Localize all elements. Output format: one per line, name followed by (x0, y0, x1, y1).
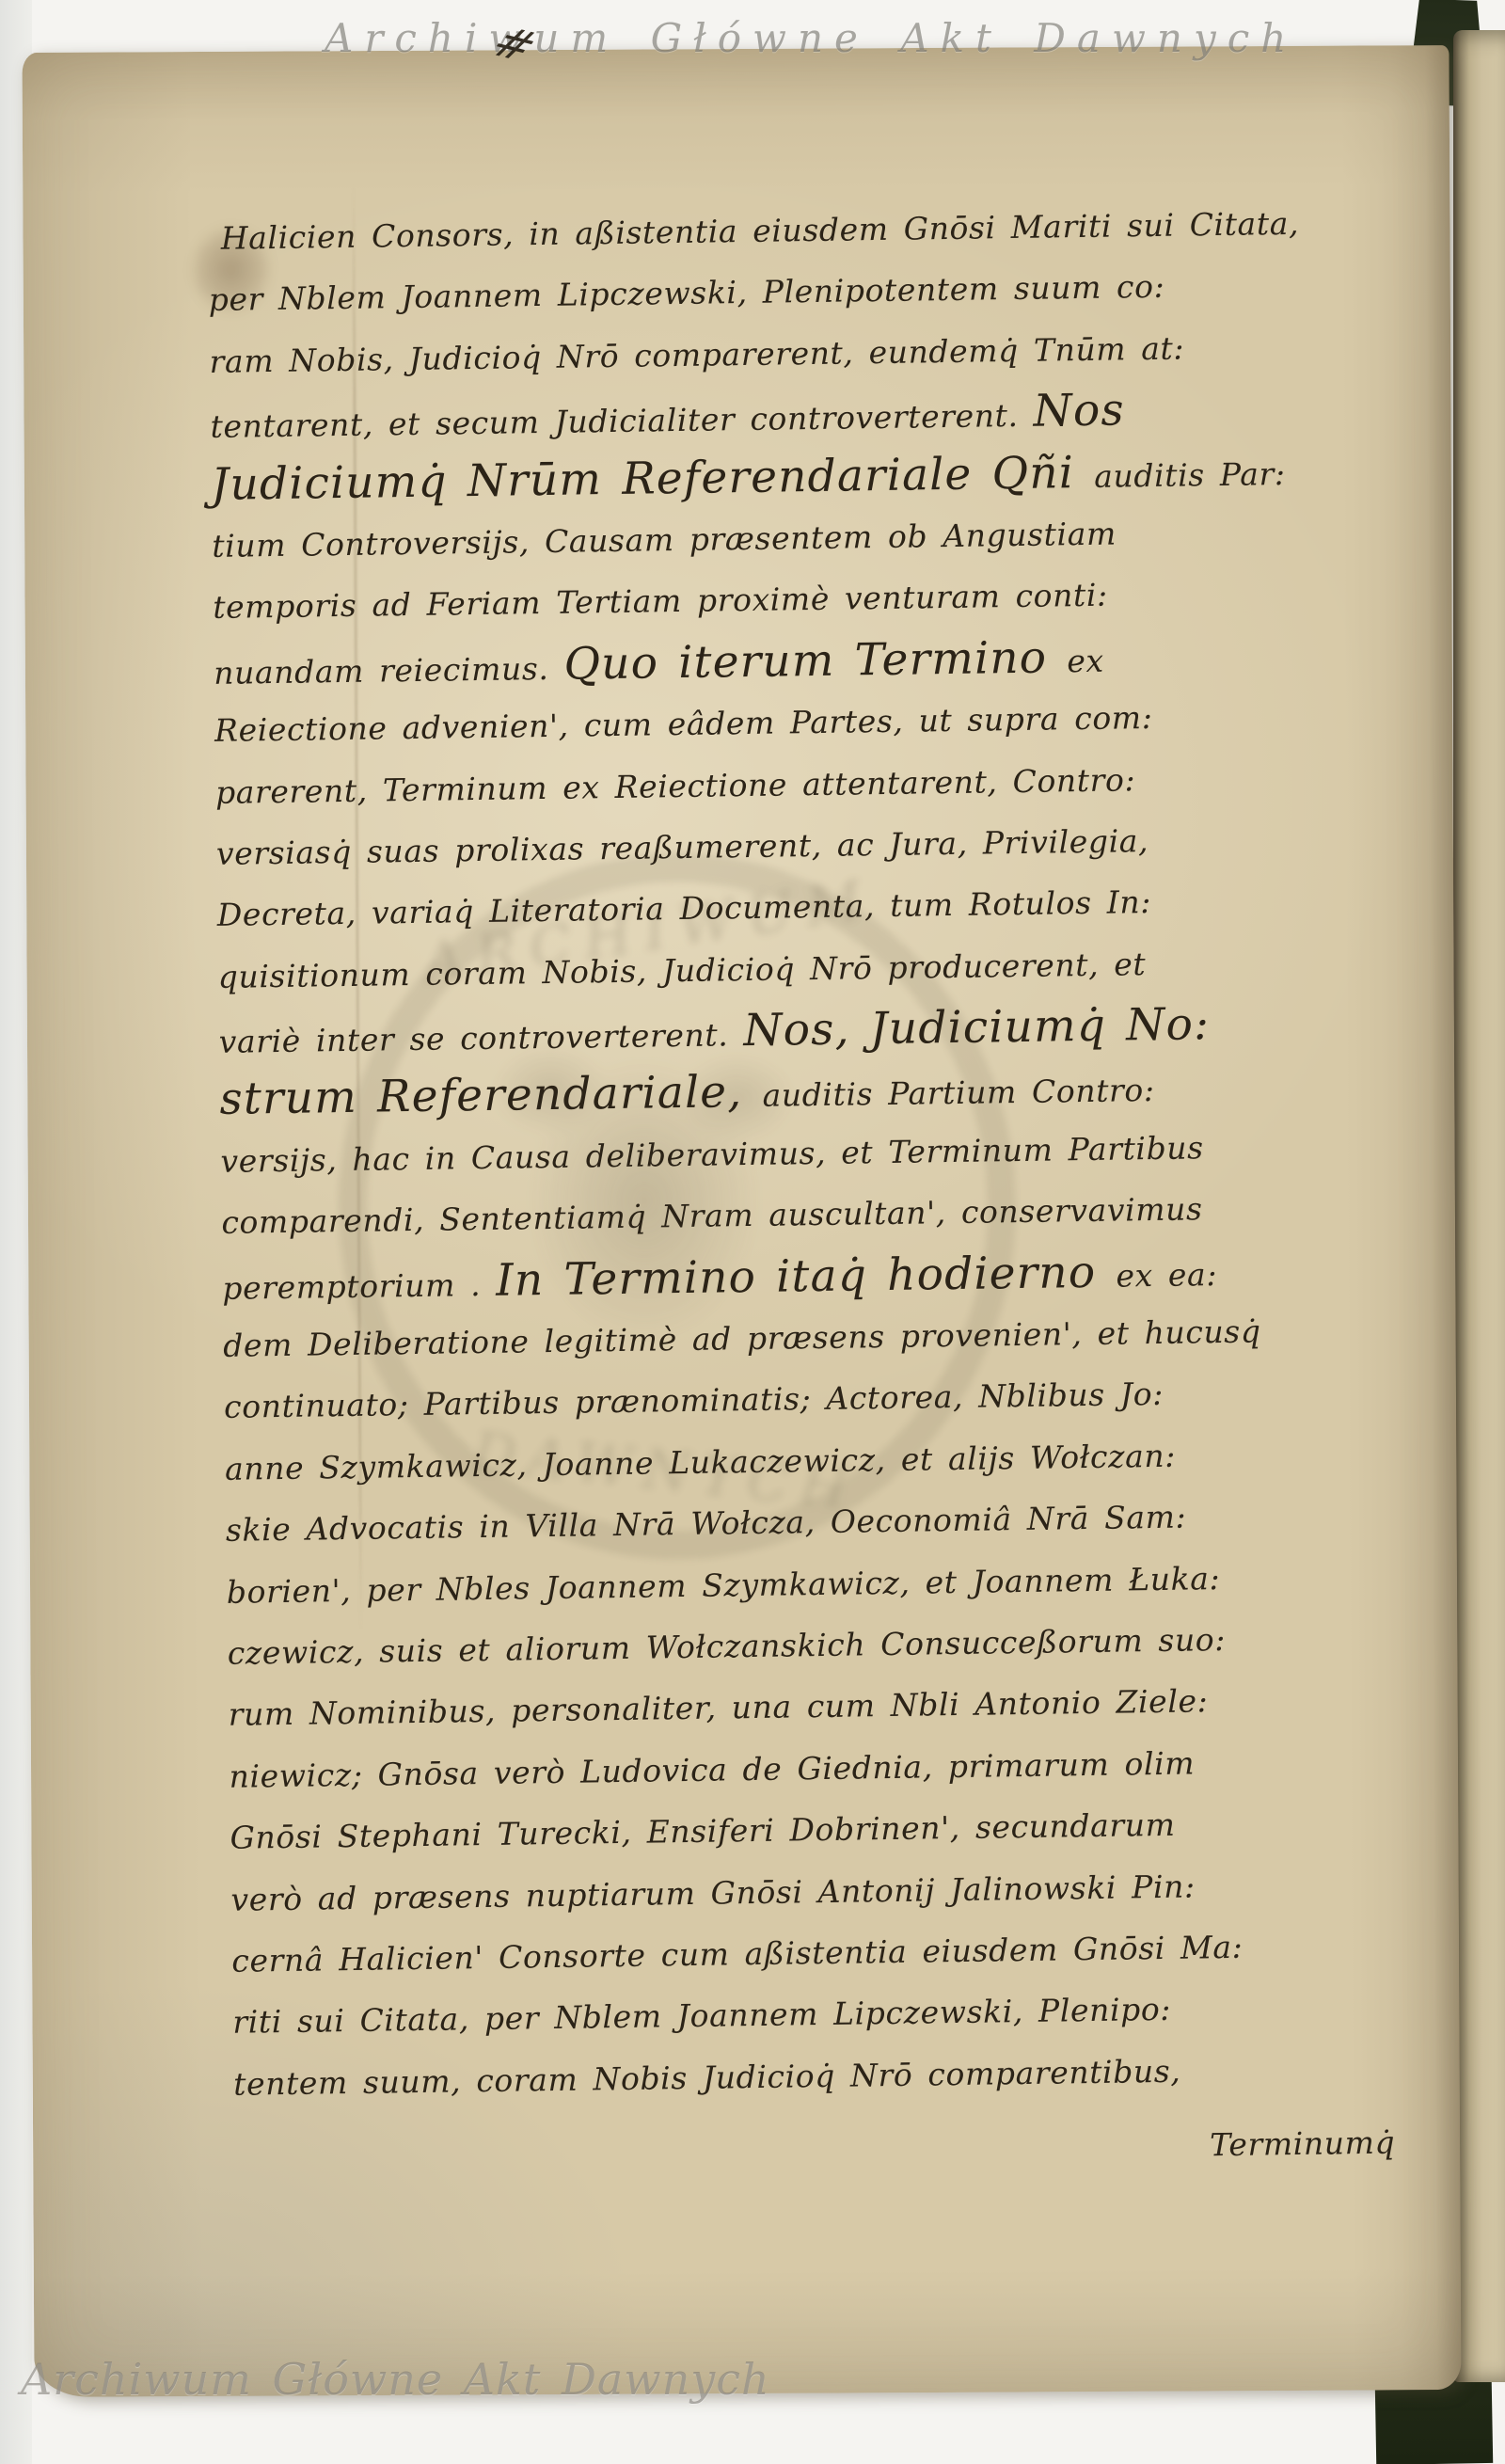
manuscript-body-text: continuato; Partibus prænominatis; Actor… (224, 1375, 1164, 1425)
manuscript-body-text: auditis Partium Contro: (762, 1072, 1155, 1114)
manuscript-body-text: Gnōsi Stephani Turecki, Ensiferi Dobrine… (230, 1806, 1175, 1856)
manuscript-page: ARCHIWUM DAWNYCH Halicien Consors, in aß… (22, 45, 1461, 2397)
manuscript-body-text: versijs, hac in Causa deliberavimus, et … (220, 1129, 1204, 1180)
manuscript-body-text: anne Szymkawicz, Joanne Lukaczewicz, et … (225, 1438, 1176, 1487)
manuscript-emphasis-text: Nos, Judiciumq̇ No: (743, 998, 1210, 1057)
manuscript-body-text: peremptorium . (222, 1265, 496, 1306)
manuscript-emphasis-text: Nos (1033, 385, 1125, 437)
manuscript-body-text: parerent, Terminum ex Reiectione attenta… (215, 761, 1136, 811)
manuscript-body-text: comparendi, Sententiamq̇ Nram auscultan'… (221, 1191, 1203, 1242)
manuscript-body-text: borien', per Nbles Joannem Szymkawicz, e… (227, 1560, 1221, 1611)
manuscript-body-text: auditis Par: (1094, 455, 1286, 495)
manuscript-body-text: riti sui Citata, per Nblem Joannem Lipcz… (232, 1991, 1171, 2041)
manuscript-line: Terminumq̇ (234, 2111, 1439, 2189)
manuscript-body-text: ram Nobis, Judicioq̇ Nrō comparerent, eu… (209, 329, 1184, 379)
manuscript-body-text: tentem suum, coram Nobis Judicioq̇ Nrō c… (233, 2052, 1181, 2102)
manuscript-body-text: skie Advocatis in Villa Nrā Wołcza, Oeco… (226, 1499, 1187, 1549)
manuscript-body-text: Halicien Consors, in aßistentia eiusdem … (221, 205, 1300, 257)
manuscript-body-text: temporis ad Feriam Tertiam proximè ventu… (213, 577, 1108, 626)
manuscript-body-text: ex (1067, 642, 1104, 679)
manuscript-body-text: quisitionum coram Nobis, Judicioq̇ Nrō p… (217, 946, 1146, 995)
manuscript-body-text: tium Controversijs, Causam præsentem ob … (212, 515, 1117, 564)
manuscript-body-text: rum Nominibus, personaliter, una cum Nbl… (228, 1683, 1208, 1734)
manuscript-body-text: verò ad præsens nuptiarum Gnōsi Antonij … (230, 1868, 1196, 1917)
manuscript-emphasis-text: strum Referendariale, (219, 1066, 763, 1125)
manuscript-text: Halicien Consors, in aßistentia eiusdem … (207, 191, 1438, 2189)
manuscript-body-text: ex ea: (1116, 1256, 1217, 1294)
manuscript-body-text: Reiectione advenien', cum eâdem Partes, … (214, 699, 1153, 749)
manuscript-body-text: czewicz, suis et aliorum Wołczanskich Co… (228, 1621, 1227, 1672)
manuscript-body-text: cernâ Halicien' Consorte cum aßistentia … (231, 1929, 1244, 1979)
manuscript-body-text: Decreta, variaq̇ Literatoria Documenta, … (217, 883, 1152, 933)
manuscript-body-text: Terminumq̇ (1210, 2124, 1395, 2164)
manuscript-emphasis-text: Judiciumq̇ Nrūm Referendariale Qñi (211, 446, 1094, 510)
manuscript-body-text: versiasq̇ suas prolixas reaßumerent, ac … (216, 822, 1149, 872)
manuscript-body-text: niewicz; Gnōsa verò Ludovica de Giednia,… (229, 1744, 1195, 1794)
manuscript-emphasis-text: In Termino itaq̇ hodierno (496, 1246, 1117, 1306)
manuscript-body-text: variè inter se controverterent. (218, 1016, 743, 1060)
next-folio-edge (1453, 30, 1505, 2382)
scanned-document-page: ARCHIWUM DAWNYCH Halicien Consors, in aß… (0, 0, 1505, 2464)
manuscript-body-text: per Nblem Joannem Lipczewski, Plenipoten… (208, 268, 1164, 318)
manuscript-emphasis-text: Quo iterum Termino (563, 631, 1068, 690)
manuscript-body-text: tentarent, et secum Judicialiter controv… (210, 397, 1034, 445)
manuscript-body-text: nuandam reiecimus. (214, 649, 564, 691)
manuscript-body-text: dem Deliberatione legitimè ad præsens pr… (223, 1312, 1261, 1363)
